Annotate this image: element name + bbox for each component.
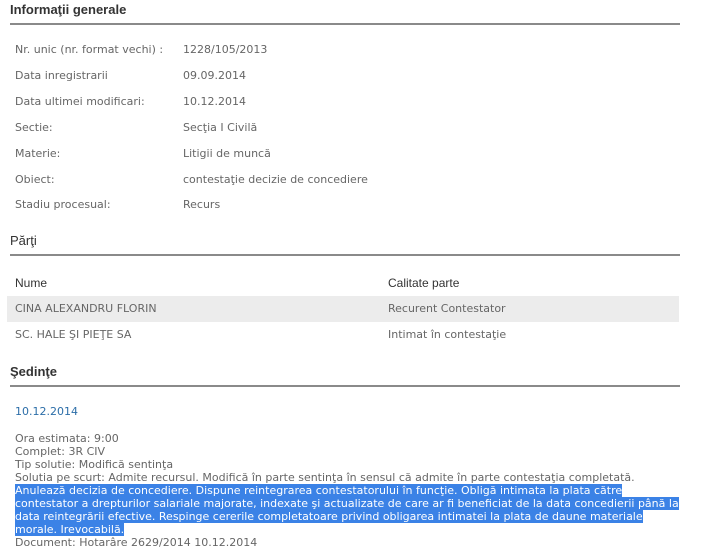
party-role: Intimat în contestaţie	[388, 322, 506, 348]
section-title-sessions: Şedinţe	[10, 364, 680, 387]
info-label: Stadiu procesual:	[15, 197, 111, 213]
parties-table: Nume Calitate parte CINA ALEXANDRU FLORI…	[7, 270, 679, 348]
column-header-role: Calitate parte	[388, 270, 459, 296]
session-estimated-time: Ora estimata: 9:00	[15, 432, 680, 445]
session-solution-type: Tip solutie: Modifică sentinţa	[15, 458, 680, 471]
info-value: 1228/105/2013	[183, 42, 267, 58]
section-title-general: Informaţii generale	[10, 2, 680, 25]
info-label: Obiect:	[15, 172, 55, 188]
table-row: CINA ALEXANDRU FLORIN Recurent Contestat…	[7, 296, 679, 322]
info-value: contestaţie decizie de concediere	[183, 172, 368, 188]
solution-text: Solutia pe scurt: Admite recursul. Modif…	[15, 471, 635, 484]
session-solution-summary[interactable]: Solutia pe scurt: Admite recursul. Modif…	[15, 471, 680, 536]
party-name: CINA ALEXANDRU FLORIN	[15, 296, 157, 322]
section-title-parties: Părţi	[10, 233, 680, 256]
session-details: Ora estimata: 9:00 Complet: 3R CIV Tip s…	[15, 432, 680, 549]
info-label: Data ultimei modificari:	[15, 94, 145, 110]
party-name: SC. HALE ŞI PIEŢE SA	[15, 322, 131, 348]
session-date: 10.12.2014	[15, 405, 78, 418]
info-label: Sectie:	[15, 120, 53, 136]
session-document: Document: Hotarâre 2629/2014 10.12.2014	[15, 536, 680, 549]
info-value: 10.12.2014	[183, 94, 246, 110]
info-label: Nr. unic (nr. format vechi) :	[15, 42, 163, 58]
info-label: Data inregistrarii	[15, 68, 108, 84]
table-row: SC. HALE ŞI PIEŢE SA Intimat în contesta…	[7, 322, 679, 348]
party-role: Recurent Contestator	[388, 296, 506, 322]
info-label: Materie:	[15, 146, 60, 162]
parties-table-header: Nume Calitate parte	[7, 270, 679, 296]
info-value: 09.09.2014	[183, 68, 246, 84]
session-panel: Complet: 3R CIV	[15, 445, 680, 458]
info-value: Secţia I Civilă	[183, 120, 257, 136]
selected-text[interactable]: Anulează decizia de concediere. Dispune …	[15, 484, 679, 536]
column-header-name: Nume	[15, 270, 47, 296]
info-value: Litigii de muncă	[183, 146, 271, 162]
info-value: Recurs	[183, 197, 220, 213]
